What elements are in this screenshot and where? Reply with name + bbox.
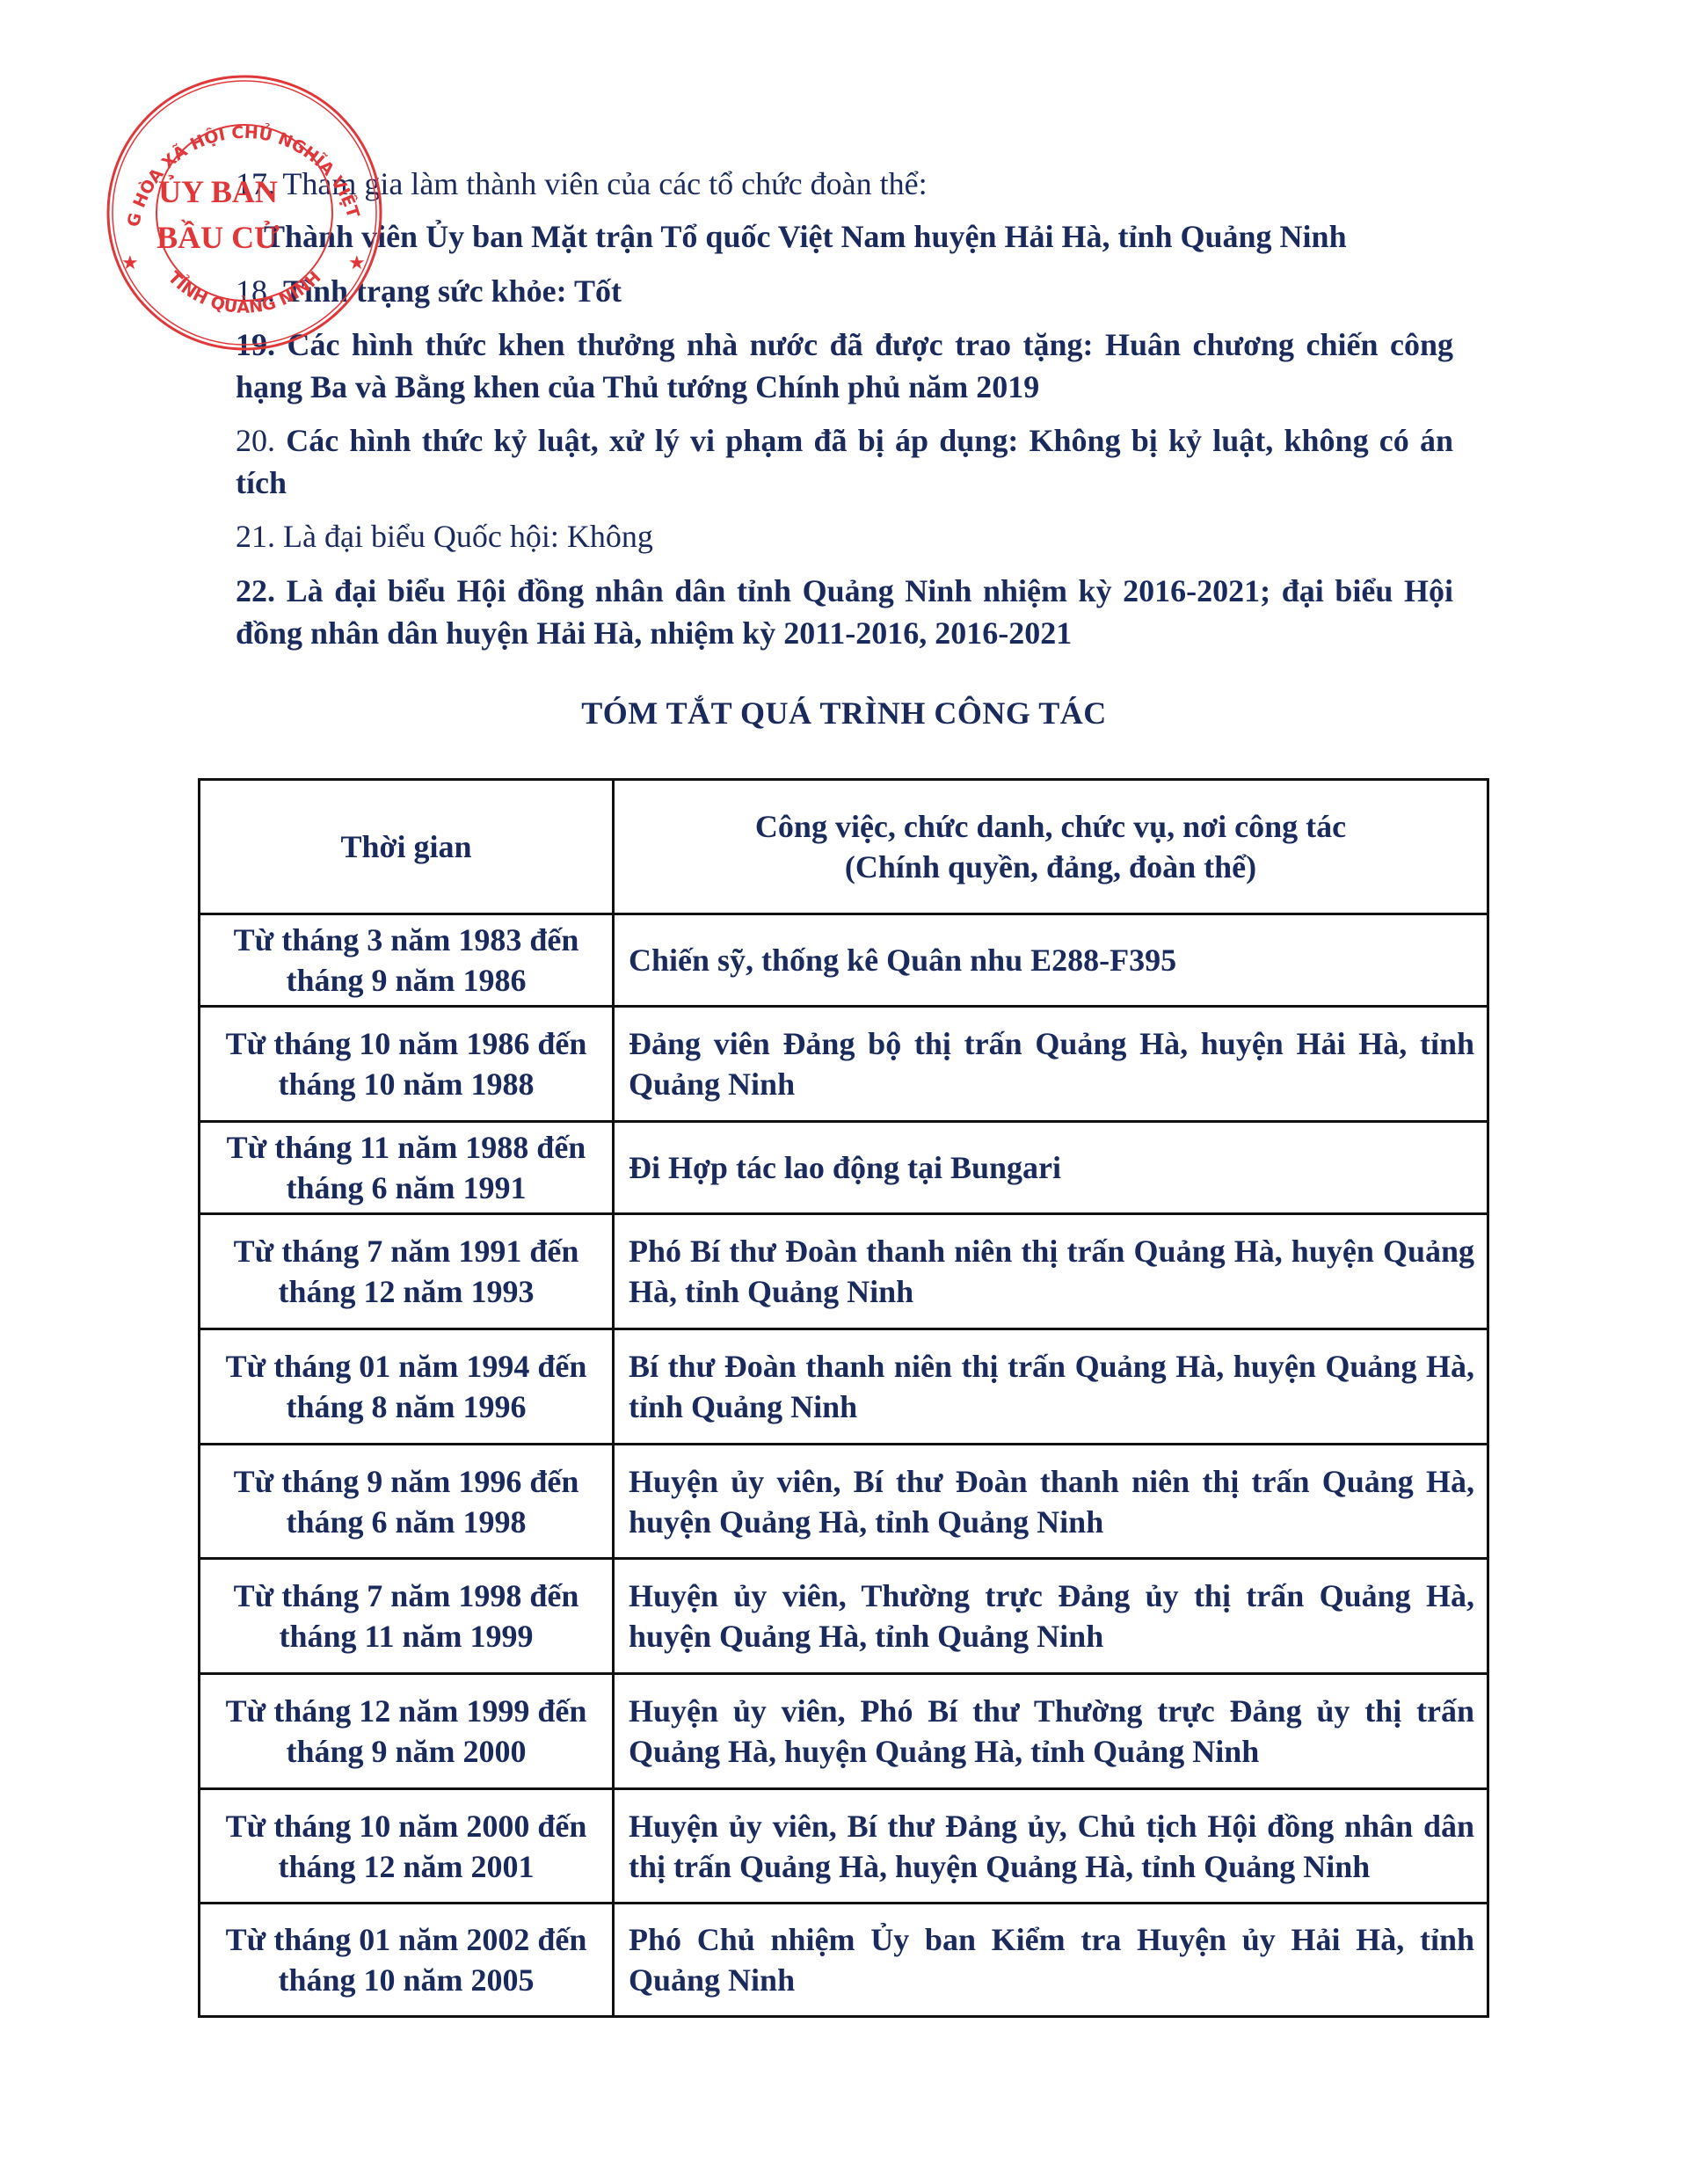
row-job: Bí thư Đoàn thanh niên thị trấn Quảng Hà… (614, 1329, 1488, 1445)
table-header-row: Thời gian Công việc, chức danh, chức vụ,… (200, 780, 1488, 914)
table-row: Từ tháng 3 năm 1983 đến tháng 9 năm 1986… (200, 914, 1488, 1007)
table-row: Từ tháng 7 năm 1991 đến tháng 12 năm 199… (200, 1214, 1488, 1329)
item-number: 17. (236, 166, 275, 201)
header-time: Thời gian (200, 780, 614, 914)
item-text: Thành viên Ủy ban Mặt trận Tổ quốc Việt … (264, 219, 1347, 254)
row-time: Từ tháng 10 năm 1986 đến tháng 10 năm 19… (200, 1007, 614, 1122)
item-number: 20. (236, 423, 275, 458)
row-time: Từ tháng 3 năm 1983 đến tháng 9 năm 1986 (200, 914, 614, 1007)
table-row: Từ tháng 01 năm 2002 đến tháng 10 năm 20… (200, 1904, 1488, 2017)
row-time: Từ tháng 9 năm 1996 đến tháng 6 năm 1998 (200, 1445, 614, 1559)
item-text: Tình trạng sức khỏe: Tốt (283, 273, 622, 309)
row-job: Phó Chủ nhiệm Ủy ban Kiểm tra Huyện ủy H… (614, 1904, 1488, 2017)
item-17-detail: Thành viên Ủy ban Mặt trận Tổ quốc Việt … (264, 215, 1477, 258)
item-number: 21. (236, 519, 275, 554)
table-row: Từ tháng 9 năm 1996 đến tháng 6 năm 1998… (200, 1445, 1488, 1559)
table-row: Từ tháng 11 năm 1988 đến tháng 6 năm 199… (200, 1122, 1488, 1214)
row-job: Đi Hợp tác lao động tại Bungari (614, 1122, 1488, 1214)
item-text: Tham gia làm thành viên của các tổ chức … (282, 166, 927, 201)
item-18: 18. Tình trạng sức khỏe: Tốt (236, 270, 1449, 312)
row-time: Từ tháng 7 năm 1991 đến tháng 12 năm 199… (200, 1214, 614, 1329)
row-job: Huyện ủy viên, Bí thư Đảng ủy, Chủ tịch … (614, 1789, 1488, 1904)
item-number: 18. (236, 273, 275, 309)
row-time: Từ tháng 01 năm 2002 đến tháng 10 năm 20… (200, 1904, 614, 2017)
table-row: Từ tháng 10 năm 1986 đến tháng 10 năm 19… (200, 1007, 1488, 1122)
section-title: TÓM TẮT QUÁ TRÌNH CÔNG TÁC (0, 695, 1688, 732)
row-time: Từ tháng 7 năm 1998 đến tháng 11 năm 199… (200, 1559, 614, 1674)
row-job: Huyện ủy viên, Thường trực Đảng ủy thị t… (614, 1559, 1488, 1674)
row-time: Từ tháng 12 năm 1999 đến tháng 9 năm 200… (200, 1674, 614, 1789)
row-job: Phó Bí thư Đoàn thanh niên thị trấn Quản… (614, 1214, 1488, 1329)
item-21: 21. Là đại biểu Quốc hội: Không (236, 515, 1449, 557)
work-history-table: Thời gian Công việc, chức danh, chức vụ,… (198, 778, 1489, 2018)
item-19: 19. Các hình thức khen thưởng nhà nước đ… (236, 324, 1453, 408)
header-job-line1: Công việc, chức danh, chức vụ, nơi công … (615, 806, 1486, 847)
item-text: Các hình thức kỷ luật, xử lý vi phạm đã … (236, 423, 1453, 500)
stamp-center-line2: BẦU CỬ (156, 220, 280, 255)
row-job: Huyện ủy viên, Bí thư Đoàn thanh niên th… (614, 1445, 1488, 1559)
row-job: Đảng viên Đảng bộ thị trấn Quảng Hà, huy… (614, 1007, 1488, 1122)
item-text: Là đại biểu Quốc hội: Không (283, 519, 653, 554)
item-number: 22. (236, 573, 275, 608)
header-job-line2: (Chính quyền, đảng, đoàn thể) (615, 847, 1486, 887)
stamp-ring-top: CỘNG HÒA XÃ HỘI CHỦ NGHĨA VIỆT NAM (104, 72, 364, 229)
table-row: Từ tháng 01 năm 1994 đến tháng 8 năm 199… (200, 1329, 1488, 1445)
item-text: Các hình thức khen thưởng nhà nước đã đư… (236, 327, 1453, 404)
item-number: 19. (236, 327, 275, 362)
star-icon: ★ (121, 251, 139, 273)
table-row: Từ tháng 7 năm 1998 đến tháng 11 năm 199… (200, 1559, 1488, 1674)
table-row: Từ tháng 10 năm 2000 đến tháng 12 năm 20… (200, 1789, 1488, 1904)
row-job: Huyện ủy viên, Phó Bí thư Thường trực Đả… (614, 1674, 1488, 1789)
item-20: 20. Các hình thức kỷ luật, xử lý vi phạm… (236, 419, 1453, 504)
item-text: Là đại biểu Hội đồng nhân dân tỉnh Quảng… (236, 573, 1453, 651)
table-row: Từ tháng 12 năm 1999 đến tháng 9 năm 200… (200, 1674, 1488, 1789)
row-time: Từ tháng 11 năm 1988 đến tháng 6 năm 199… (200, 1122, 614, 1214)
row-time: Từ tháng 01 năm 1994 đến tháng 8 năm 199… (200, 1329, 614, 1445)
row-time: Từ tháng 10 năm 2000 đến tháng 12 năm 20… (200, 1789, 614, 1904)
row-job: Chiến sỹ, thống kê Quân nhu E288-F395 (614, 914, 1488, 1007)
item-17: 17. Tham gia làm thành viên của các tổ c… (236, 163, 1449, 205)
header-job: Công việc, chức danh, chức vụ, nơi công … (614, 780, 1488, 914)
item-22: 22. Là đại biểu Hội đồng nhân dân tỉnh Q… (236, 570, 1453, 654)
